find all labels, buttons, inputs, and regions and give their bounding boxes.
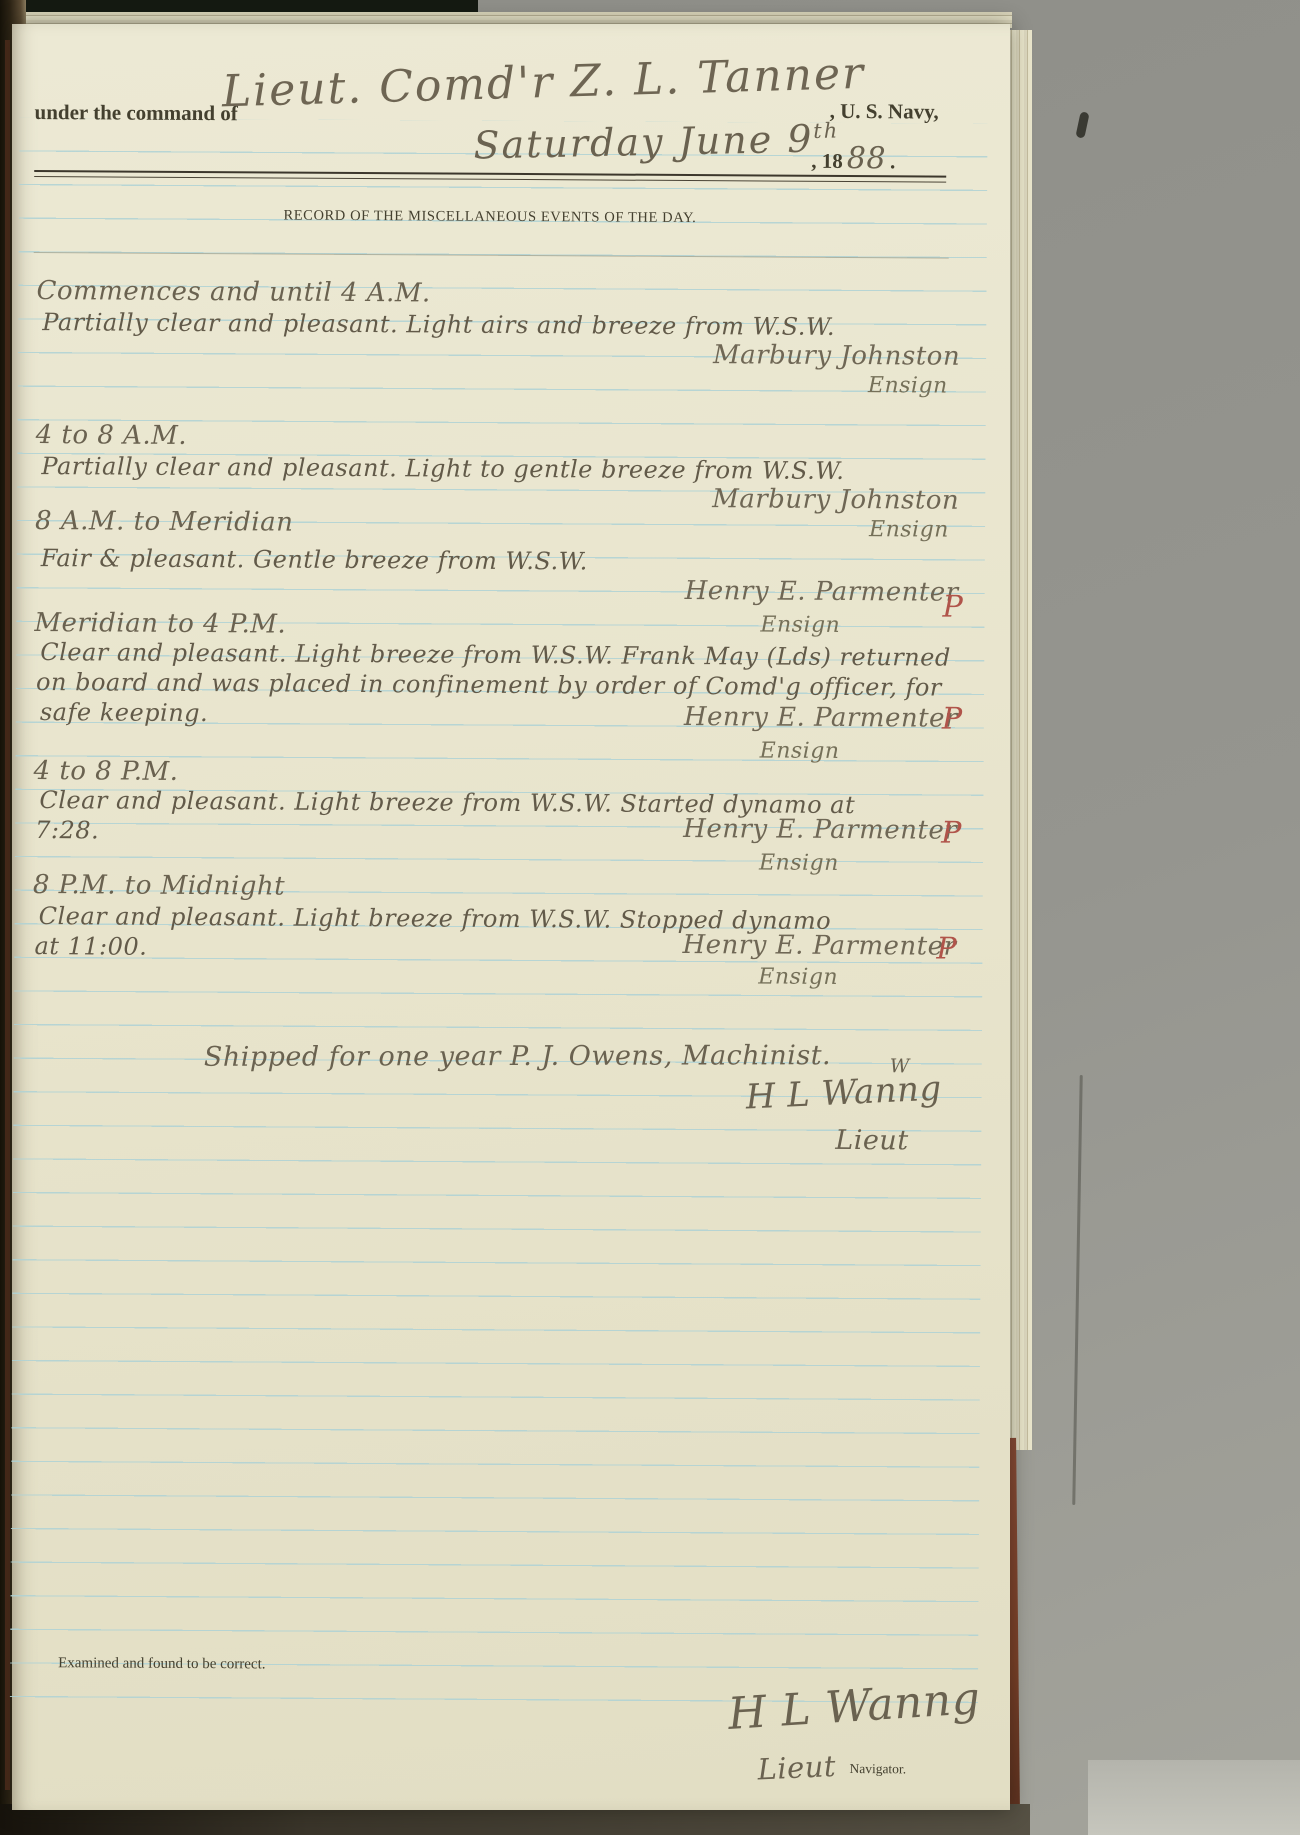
watch-rank: Ensign xyxy=(869,517,949,542)
watch-rank: Ensign xyxy=(868,373,948,398)
watch-rank: Ensign xyxy=(760,738,840,763)
inspection-stamp: P xyxy=(942,702,962,737)
entry-line: at 11:00. xyxy=(34,932,147,961)
inspection-stamp: P xyxy=(936,932,956,967)
scanned-logbook-photo: { "printed": { "command_prefix": "under … xyxy=(0,0,1300,1835)
shipped-note: Shipped for one year P. J. Owens, Machin… xyxy=(204,1040,831,1073)
inspection-stamp: P xyxy=(942,590,962,625)
entry-line: safe keeping. xyxy=(40,698,208,727)
watch-rank: Ensign xyxy=(760,612,840,637)
entry-heading: 8 P.M. to Midnight xyxy=(33,870,285,902)
page-content: under the command of Lieut. Comd'r Z. L.… xyxy=(1,24,1010,1816)
year-script: 88 xyxy=(847,141,886,176)
backdrop-crack xyxy=(1072,1075,1083,1505)
entry-line: 7:28. xyxy=(35,816,99,844)
entry-line: Fair & pleasant. Gentle breeze from W.S.… xyxy=(41,544,588,575)
entry-heading: 4 to 8 A.M. xyxy=(36,420,188,451)
watch-signature: Henry E. Parmenter xyxy=(566,929,956,961)
page-edge-stack-right xyxy=(1008,30,1032,1450)
command-prefix-label: under the command of xyxy=(35,100,238,126)
entry-line: Clear and pleasant. Light breeze from W.… xyxy=(40,638,951,672)
watch-signature: Henry E. Parmenter xyxy=(568,701,958,733)
entry-line: Partially clear and pleasant. Light airs… xyxy=(42,308,835,341)
watch-signature: Henry E. Parmenter xyxy=(567,813,957,845)
entry-heading: Meridian to 4 P.M. xyxy=(34,608,286,640)
watch-signature: Marbury Johnston xyxy=(570,339,960,371)
navigator-rank: Lieut xyxy=(757,1749,837,1787)
watch-rank: Ensign xyxy=(758,964,838,989)
inspection-stamp: P xyxy=(941,816,961,851)
watch-signature: Henry E. Parmenter xyxy=(569,575,959,607)
backdrop-mark xyxy=(1075,111,1089,138)
logbook-page: under the command of Lieut. Comd'r Z. L.… xyxy=(12,24,1010,1810)
navy-suffix-label: , U. S. Navy, xyxy=(830,99,939,125)
date-ordinal-suffix: th xyxy=(813,118,839,143)
backdrop-light-patch xyxy=(1088,1760,1300,1835)
examined-note: Examined and found to be correct. xyxy=(58,1655,266,1673)
shipped-rank: Lieut xyxy=(835,1125,908,1156)
entry-heading: 4 to 8 P.M. xyxy=(33,756,178,787)
watch-signature: Marbury Johnston xyxy=(569,483,959,515)
navigator-label: Navigator. xyxy=(849,1761,906,1777)
year-period: . xyxy=(890,149,895,173)
entry-line: Partially clear and pleasant. Light to g… xyxy=(41,452,844,485)
entry-heading: 8 A.M. to Meridian xyxy=(35,506,294,538)
watch-rank: Ensign xyxy=(759,850,839,875)
year-line: , 18 88 . xyxy=(811,141,895,177)
date-script: Saturday June 9th xyxy=(473,116,840,167)
entry-heading: Commences and until 4 A.M. xyxy=(36,276,430,308)
year-prefix-label: , 18 xyxy=(811,149,843,173)
entry-line: on board and was placed in confinement b… xyxy=(36,668,942,702)
commander-signature: Lieut. Comd'r Z. L. Tanner xyxy=(221,48,866,118)
